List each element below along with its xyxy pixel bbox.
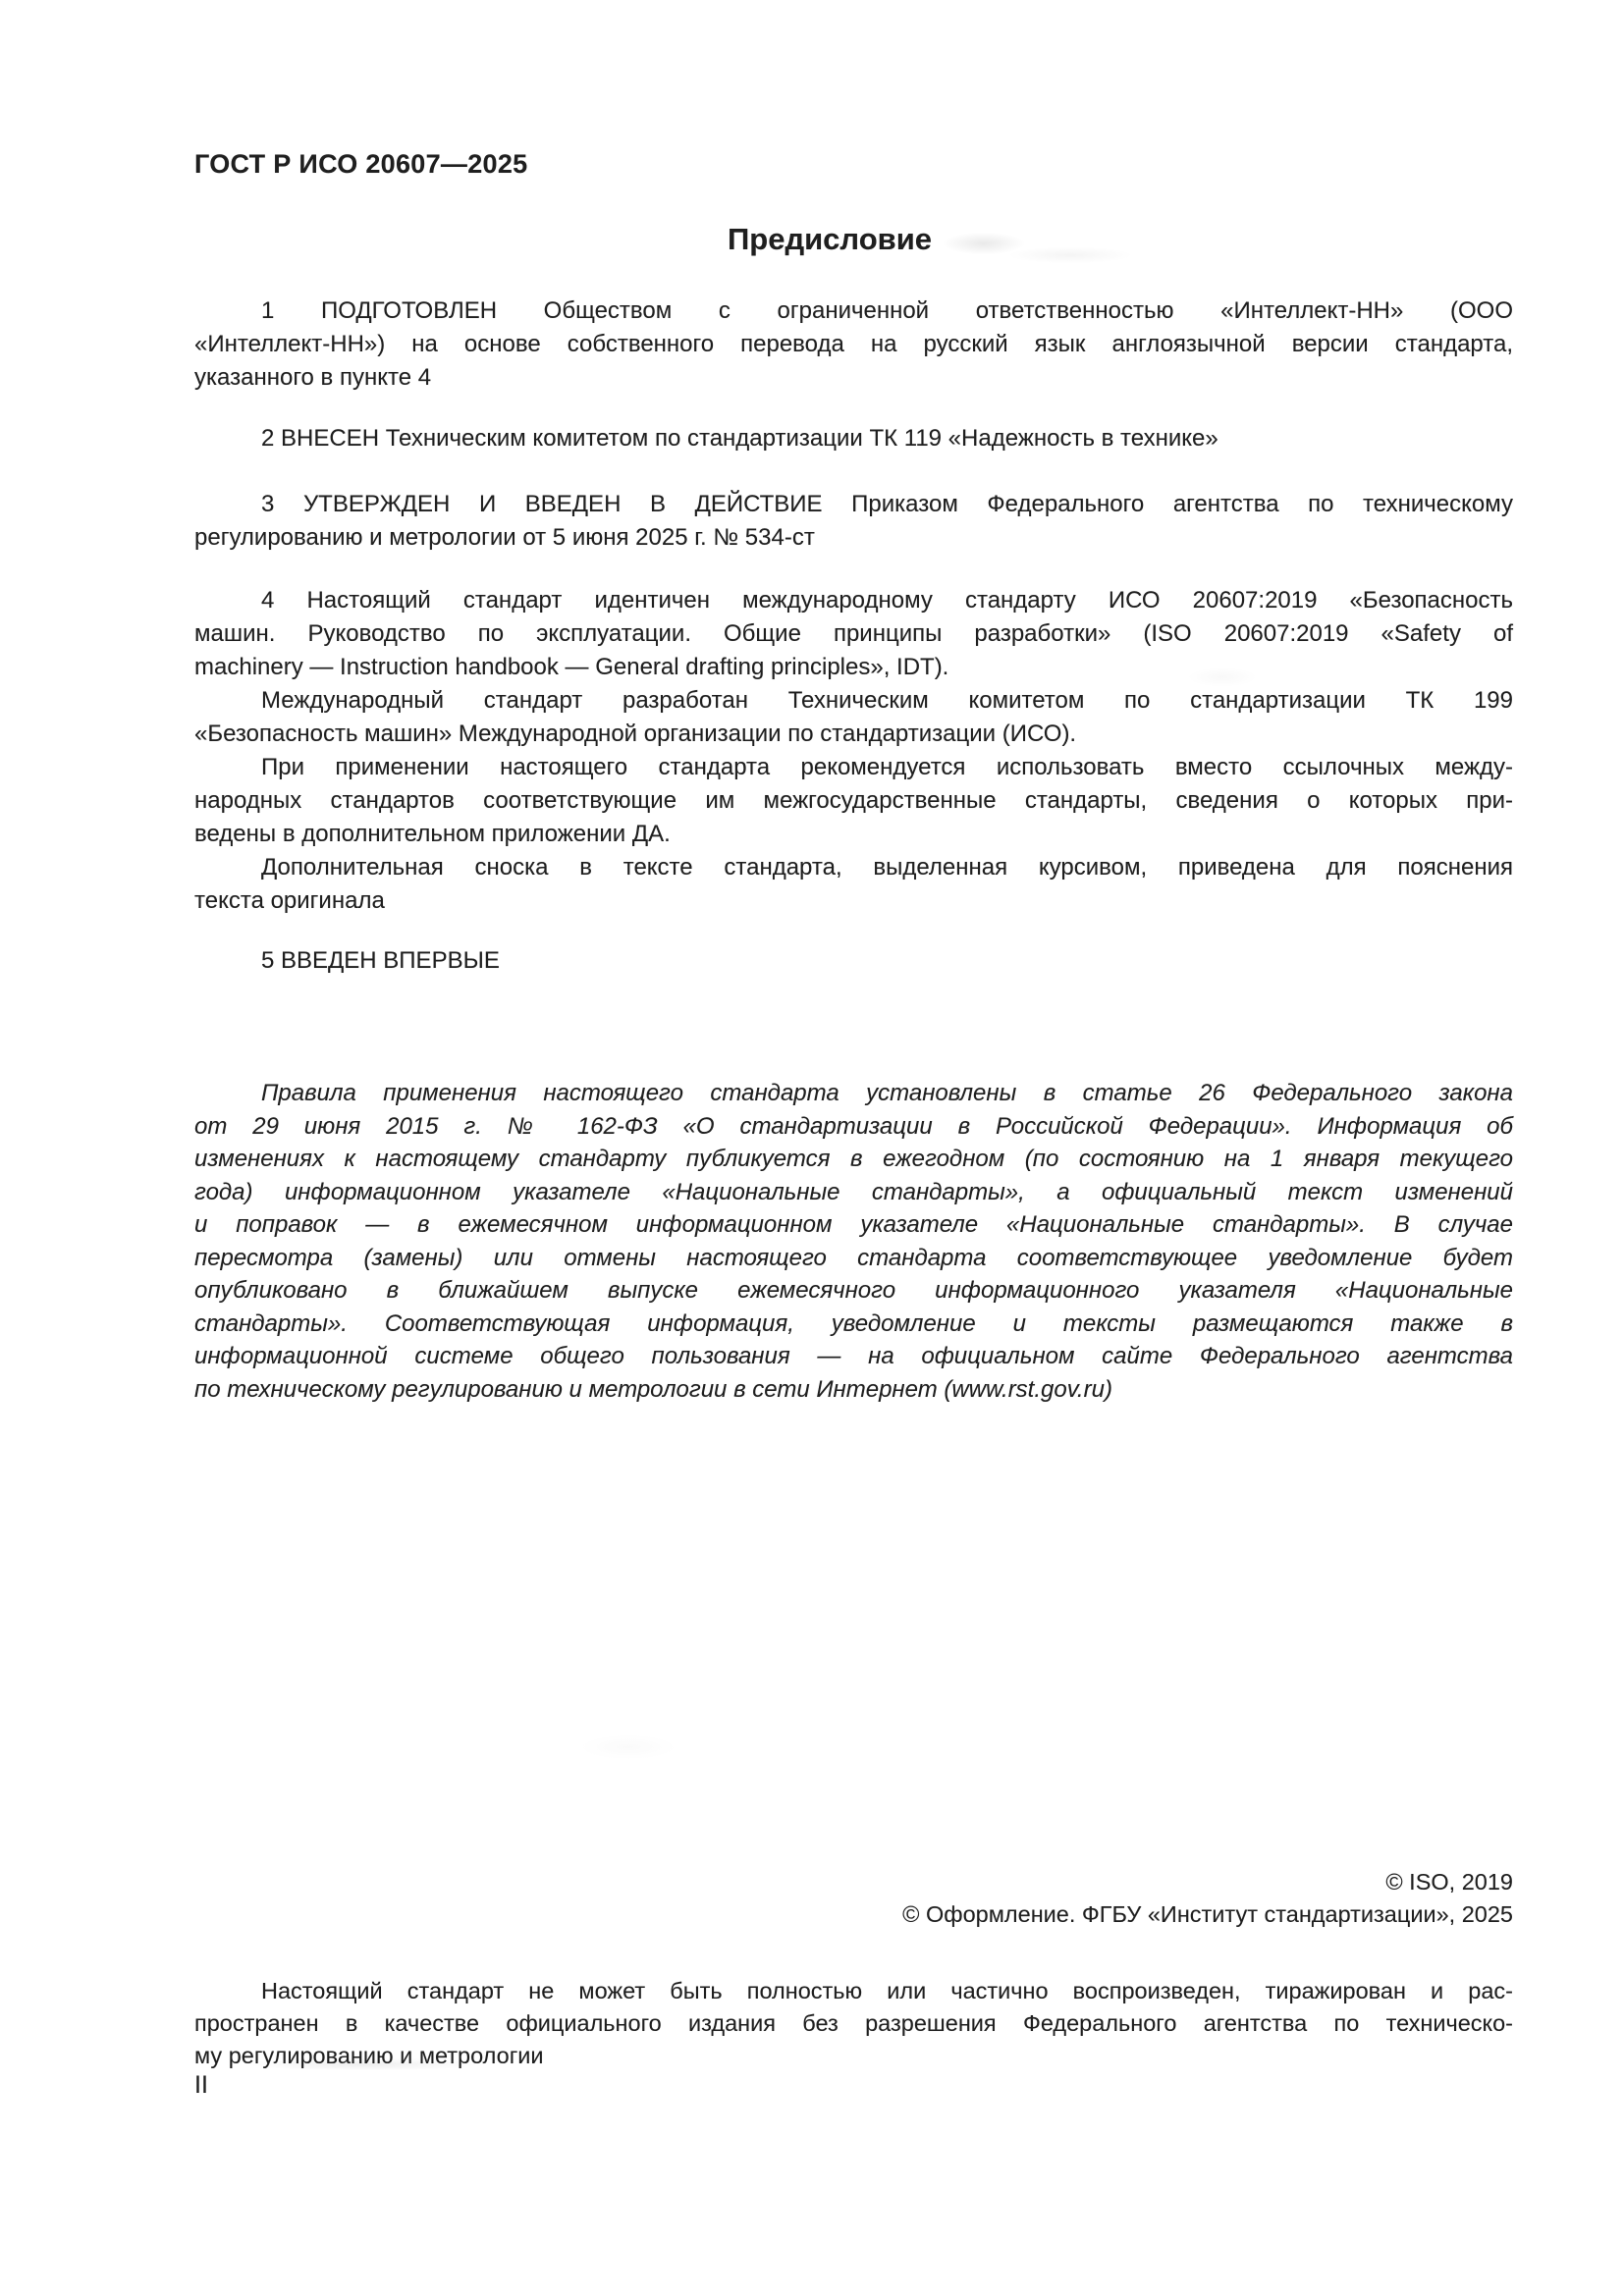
text-line: «Интеллект-НН») на основе собственного п… xyxy=(194,328,1513,361)
text-line: machinery — Instruction handbook — Gener… xyxy=(194,651,1513,684)
document-page: ГОСТ Р ИСО 20607—2025 Предисловие 1 ПОДГ… xyxy=(0,0,1624,2296)
page-number: II xyxy=(194,2071,208,2100)
text-line: 4 Настоящий стандарт идентичен междунаро… xyxy=(194,584,1513,617)
copyright-block: © ISO, 2019 © Оформление. ФГБУ «Институт… xyxy=(194,1866,1513,1931)
text-line: пространен в качестве официального издан… xyxy=(194,2007,1513,2040)
text-line: и поправок — в ежемесячном информационно… xyxy=(194,1208,1513,1242)
copyright-iso: © ISO, 2019 xyxy=(194,1866,1513,1898)
text-line: указанного в пункте 4 xyxy=(194,361,1513,395)
text-line: При применении настоящего стандарта реко… xyxy=(194,751,1513,784)
document-designation: ГОСТ Р ИСО 20607—2025 xyxy=(194,149,527,180)
text-line: текста оригинала xyxy=(194,884,1513,918)
text-line: по техническому регулированию и метролог… xyxy=(194,1373,1513,1407)
page-title: Предисловие xyxy=(147,222,1512,257)
text-line: опубликовано в ближайшем выпуске ежемеся… xyxy=(194,1274,1513,1308)
text-line: Настоящий стандарт не может быть полност… xyxy=(194,1975,1513,2007)
text-line: регулированию и метрологии от 5 июня 202… xyxy=(194,521,1513,555)
text-line: народных стандартов соответствующие им м… xyxy=(194,784,1513,818)
reproduction-notice: Настоящий стандарт не может быть полност… xyxy=(194,1975,1513,2072)
foreword-item-3: 3 УТВЕРЖДЕН И ВВЕДЕН В ДЕЙСТВИЕ Приказом… xyxy=(194,488,1513,555)
text-line: 5 ВВЕДЕН ВПЕРВЫЕ xyxy=(194,944,1513,978)
text-line: ведены в дополнительном приложении ДА. xyxy=(194,818,1513,851)
text-line: машин. Руководство по эксплуатации. Общи… xyxy=(194,617,1513,651)
text-line: му регулированию и метрологии xyxy=(194,2040,1513,2072)
text-line: «Безопасность машин» Международной орган… xyxy=(194,718,1513,751)
copyright-design: © Оформление. ФГБУ «Институт стандартиза… xyxy=(194,1898,1513,1931)
text-line: Международный стандарт разработан Технич… xyxy=(194,684,1513,718)
text-line: 1 ПОДГОТОВЛЕН Обществом с ограниченной о… xyxy=(194,294,1513,328)
text-line: 3 УТВЕРЖДЕН И ВВЕДЕН В ДЕЙСТВИЕ Приказом… xyxy=(194,488,1513,521)
text-line: 2 ВНЕСЕН Техническим комитетом по станда… xyxy=(194,422,1513,455)
text-line: от 29 июня 2015 г. № 162-ФЗ «О стандарти… xyxy=(194,1110,1513,1144)
foreword-item-1: 1 ПОДГОТОВЛЕН Обществом с ограниченной о… xyxy=(194,294,1513,395)
foreword-item-4-developer: Международный стандарт разработан Технич… xyxy=(194,684,1513,751)
legal-application-notice: Правила применения настоящего стандарта … xyxy=(194,1077,1513,1406)
foreword-item-4-footnote: Дополнительная сноска в тексте стандарта… xyxy=(194,851,1513,918)
text-line: информационной системе общего пользовани… xyxy=(194,1340,1513,1373)
text-line: пересмотра (замены) или отмены настоящег… xyxy=(194,1242,1513,1275)
text-line: Правила применения настоящего стандарта … xyxy=(194,1077,1513,1110)
text-line: изменениях к настоящему стандарту публик… xyxy=(194,1143,1513,1176)
text-line: стандарты». Соответствующая информация, … xyxy=(194,1308,1513,1341)
foreword-item-4: 4 Настоящий стандарт идентичен междунаро… xyxy=(194,584,1513,684)
text-line: Дополнительная сноска в тексте стандарта… xyxy=(194,851,1513,884)
foreword-item-5: 5 ВВЕДЕН ВПЕРВЫЕ xyxy=(194,944,1513,978)
text-line: года) информационном указателе «Национал… xyxy=(194,1176,1513,1209)
foreword-item-4-interstate: При применении настоящего стандарта реко… xyxy=(194,751,1513,851)
foreword-item-2: 2 ВНЕСЕН Техническим комитетом по станда… xyxy=(194,422,1513,455)
